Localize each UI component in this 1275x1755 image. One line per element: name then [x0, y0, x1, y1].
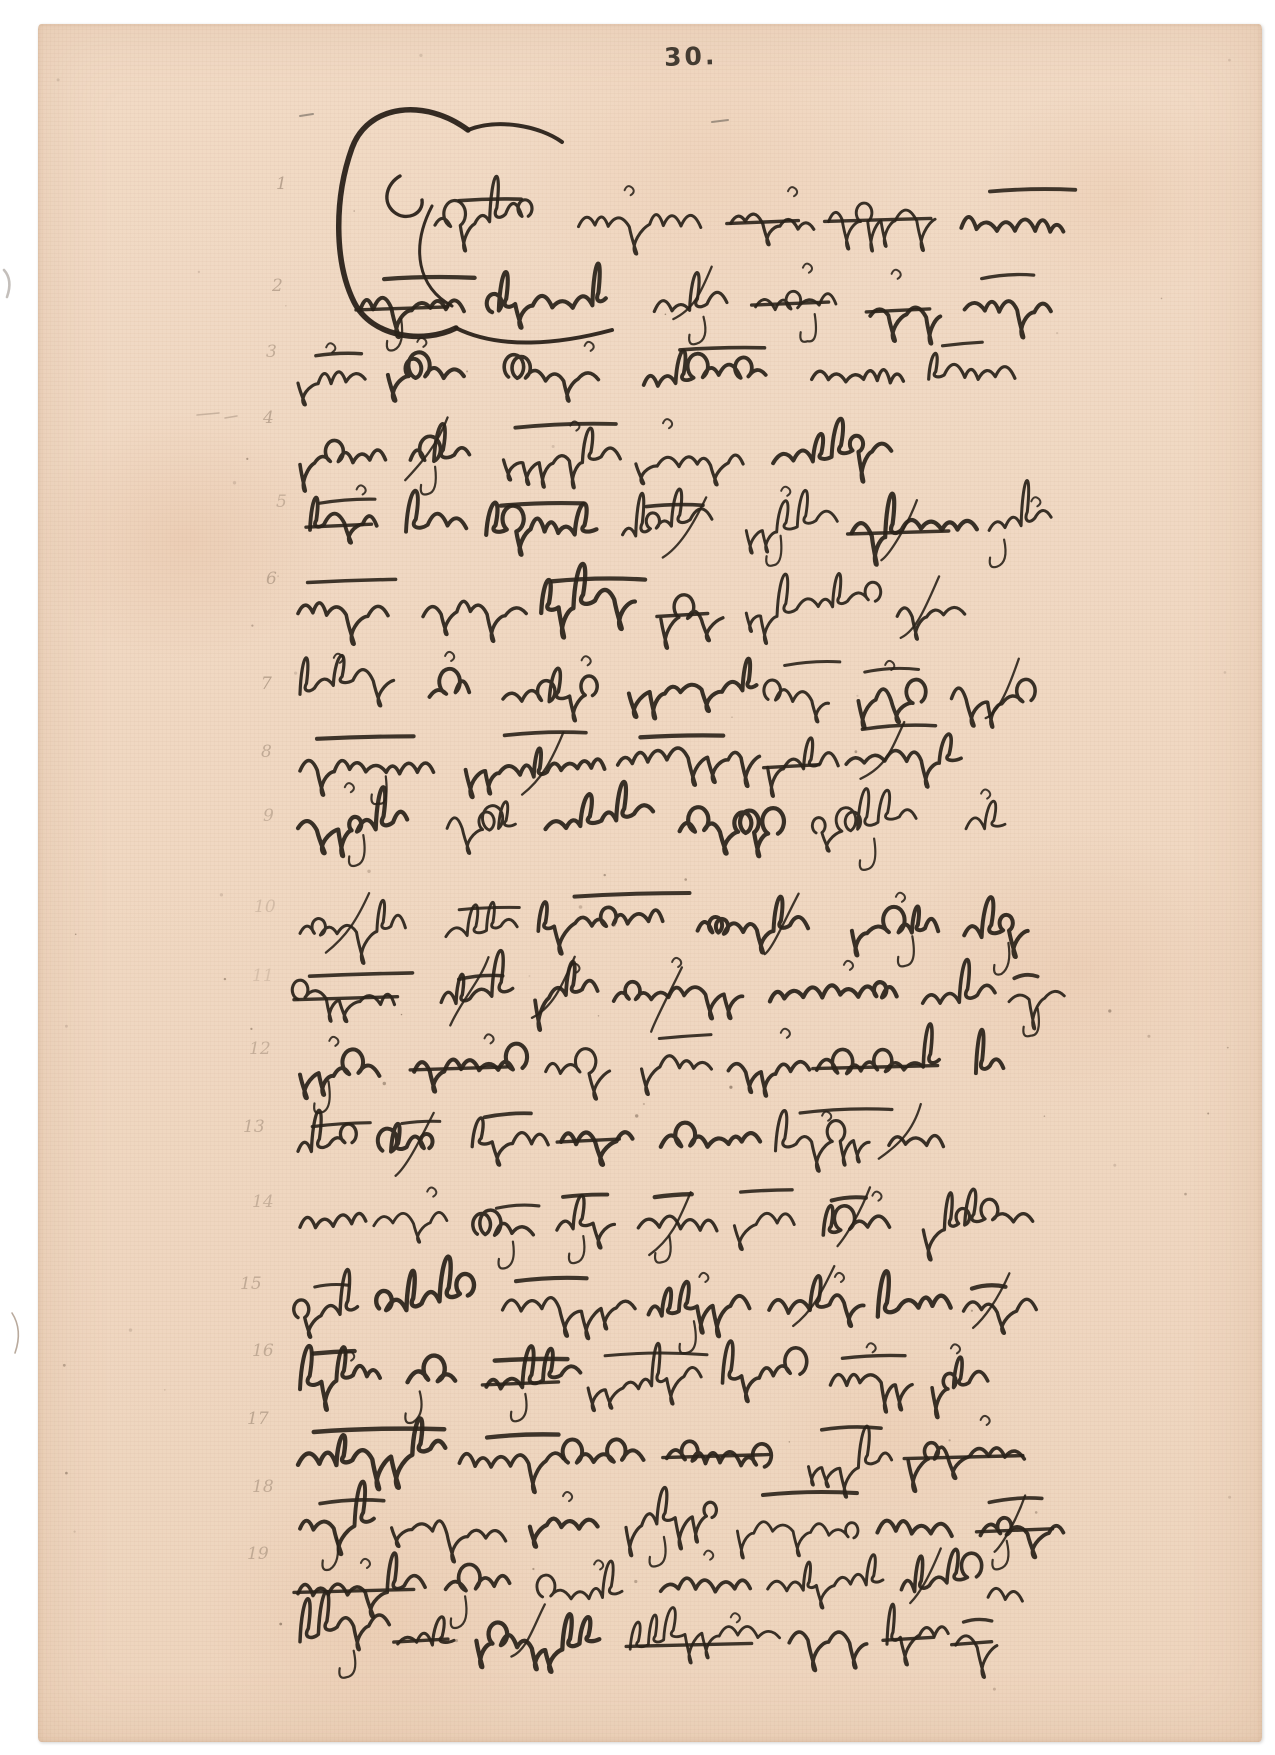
manuscript-page — [38, 24, 1262, 1742]
page-number: 30. — [664, 41, 718, 72]
scanned-page-screenshot: 30. 12345678910111213141516171819 — [0, 0, 1275, 1755]
